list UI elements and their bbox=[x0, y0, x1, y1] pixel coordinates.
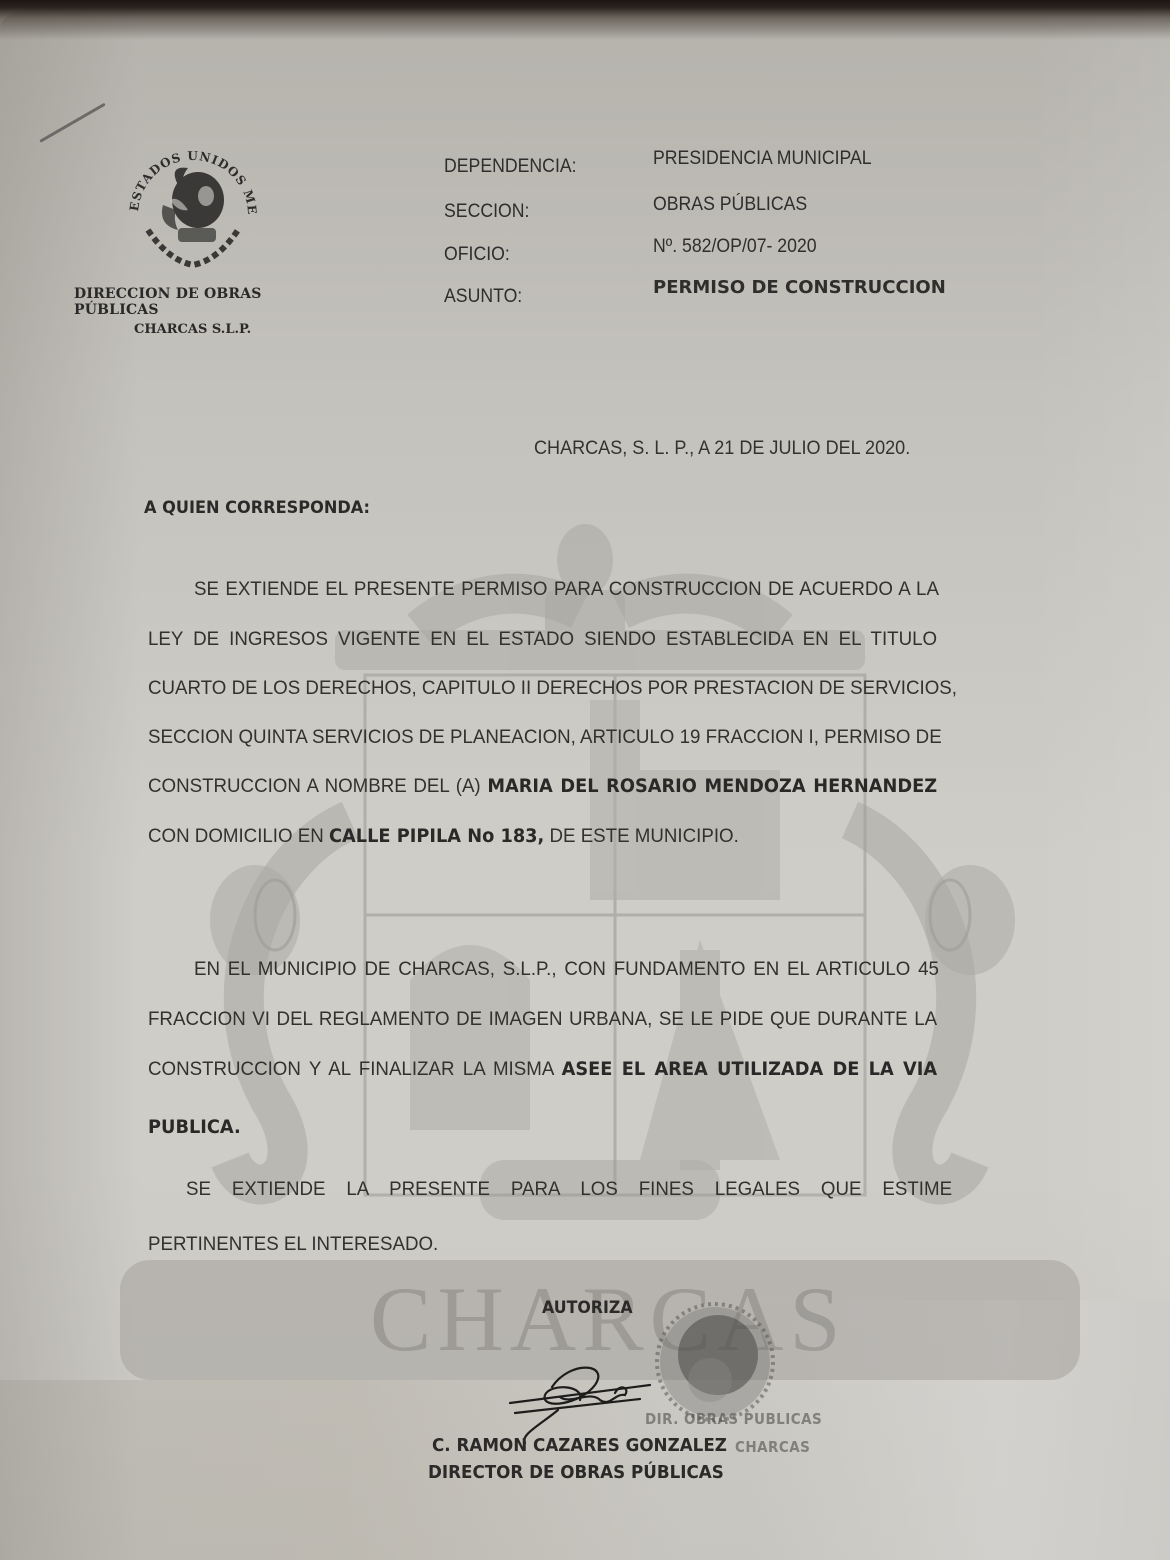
requirement-text-end: PUBLICA. bbox=[148, 1117, 241, 1138]
line-text: CONSTRUCCION Y AL FINALIZAR LA MISMA bbox=[148, 1058, 562, 1080]
paragraph-2-line-4: PUBLICA. bbox=[148, 1116, 937, 1139]
paragraph-3-line-1: SE EXTIENDE LA PRESENTE PARA LOS FINES L… bbox=[186, 1178, 952, 1201]
field-label-oficio: OFICIO: bbox=[444, 244, 510, 266]
paragraph-2-line-1: EN EL MUNICIPIO DE CHARCAS, S.L.P., CON … bbox=[194, 958, 939, 981]
paragraph-3-line-2: PERTINENTES EL INTERESADO. bbox=[148, 1233, 937, 1256]
national-seal: ESTADOS UNIDOS MEXICANOS bbox=[118, 130, 268, 280]
line-text: CONSTRUCCION A NOMBRE DEL (A) bbox=[148, 775, 487, 797]
paragraph-1-line-3: CUARTO DE LOS DERECHOS, CAPITULO II DERE… bbox=[148, 677, 937, 700]
signatory-name: C. RAMON CAZARES GONZALEZ bbox=[432, 1435, 727, 1456]
owner-name: MARIA DEL ROSARIO MENDOZA HERNANDEZ bbox=[487, 776, 937, 797]
department-location: CHARCAS S.L.P. bbox=[134, 322, 274, 337]
date-line: CHARCAS, S. L. P., A 21 DE JULIO DEL 202… bbox=[534, 438, 910, 460]
paragraph-2-line-2: FRACCION VI DEL REGLAMENTO DE IMAGEN URB… bbox=[148, 1008, 937, 1031]
field-value-asunto: PERMISO DE CONSTRUCCION bbox=[653, 277, 946, 298]
page-edge-shadow bbox=[0, 0, 1170, 40]
signatory-title: DIRECTOR DE OBRAS PÚBLICAS bbox=[428, 1462, 724, 1483]
paragraph-1-line-4: SECCION QUINTA SERVICIOS DE PLANEACION, … bbox=[148, 726, 937, 749]
field-value-dependencia: PRESIDENCIA MUNICIPAL bbox=[653, 148, 872, 170]
paragraph-2-line-3: CONSTRUCCION Y AL FINALIZAR LA MISMA ASE… bbox=[148, 1058, 937, 1081]
stamp-text-line-1: DIR. OBRAS PUBLICAS bbox=[645, 1410, 822, 1428]
paragraph-1-line-6: CON DOMICILIO EN CALLE PIPILA No 183, DE… bbox=[148, 825, 937, 848]
field-label-asunto: ASUNTO: bbox=[444, 286, 522, 308]
field-value-oficio: Nº. 582/OP/07- 2020 bbox=[653, 236, 817, 258]
stamp-text-line-2: CHARCAS bbox=[735, 1438, 810, 1456]
field-value-seccion: OBRAS PÚBLICAS bbox=[653, 194, 807, 216]
department-name: DIRECCION DE OBRAS PÚBLICAS bbox=[74, 286, 314, 318]
property-address: CALLE PIPILA No 183, bbox=[329, 826, 544, 847]
authorization-label: AUTORIZA bbox=[542, 1298, 633, 1318]
requirement-text: ASEE EL AREA UTILIZADA DE LA VIA bbox=[562, 1059, 938, 1080]
paragraph-1-line-1: SE EXTIENDE EL PRESENTE PERMISO PARA CON… bbox=[194, 578, 939, 601]
mexican-coat-of-arms-icon: ESTADOS UNIDOS MEXICANOS bbox=[118, 130, 268, 280]
line-text: DE ESTE MUNICIPIO. bbox=[544, 825, 739, 847]
paragraph-1-line-2: LEY DE INGRESOS VIGENTE EN EL ESTADO SIE… bbox=[148, 628, 937, 651]
salutation: A QUIEN CORRESPONDA: bbox=[144, 498, 370, 518]
line-text: CON DOMICILIO EN bbox=[148, 825, 329, 847]
paragraph-1-line-5: CONSTRUCCION A NOMBRE DEL (A) MARIA DEL … bbox=[148, 775, 937, 798]
field-label-seccion: SECCION: bbox=[444, 201, 529, 223]
field-label-dependencia: DEPENDENCIA: bbox=[444, 156, 577, 178]
